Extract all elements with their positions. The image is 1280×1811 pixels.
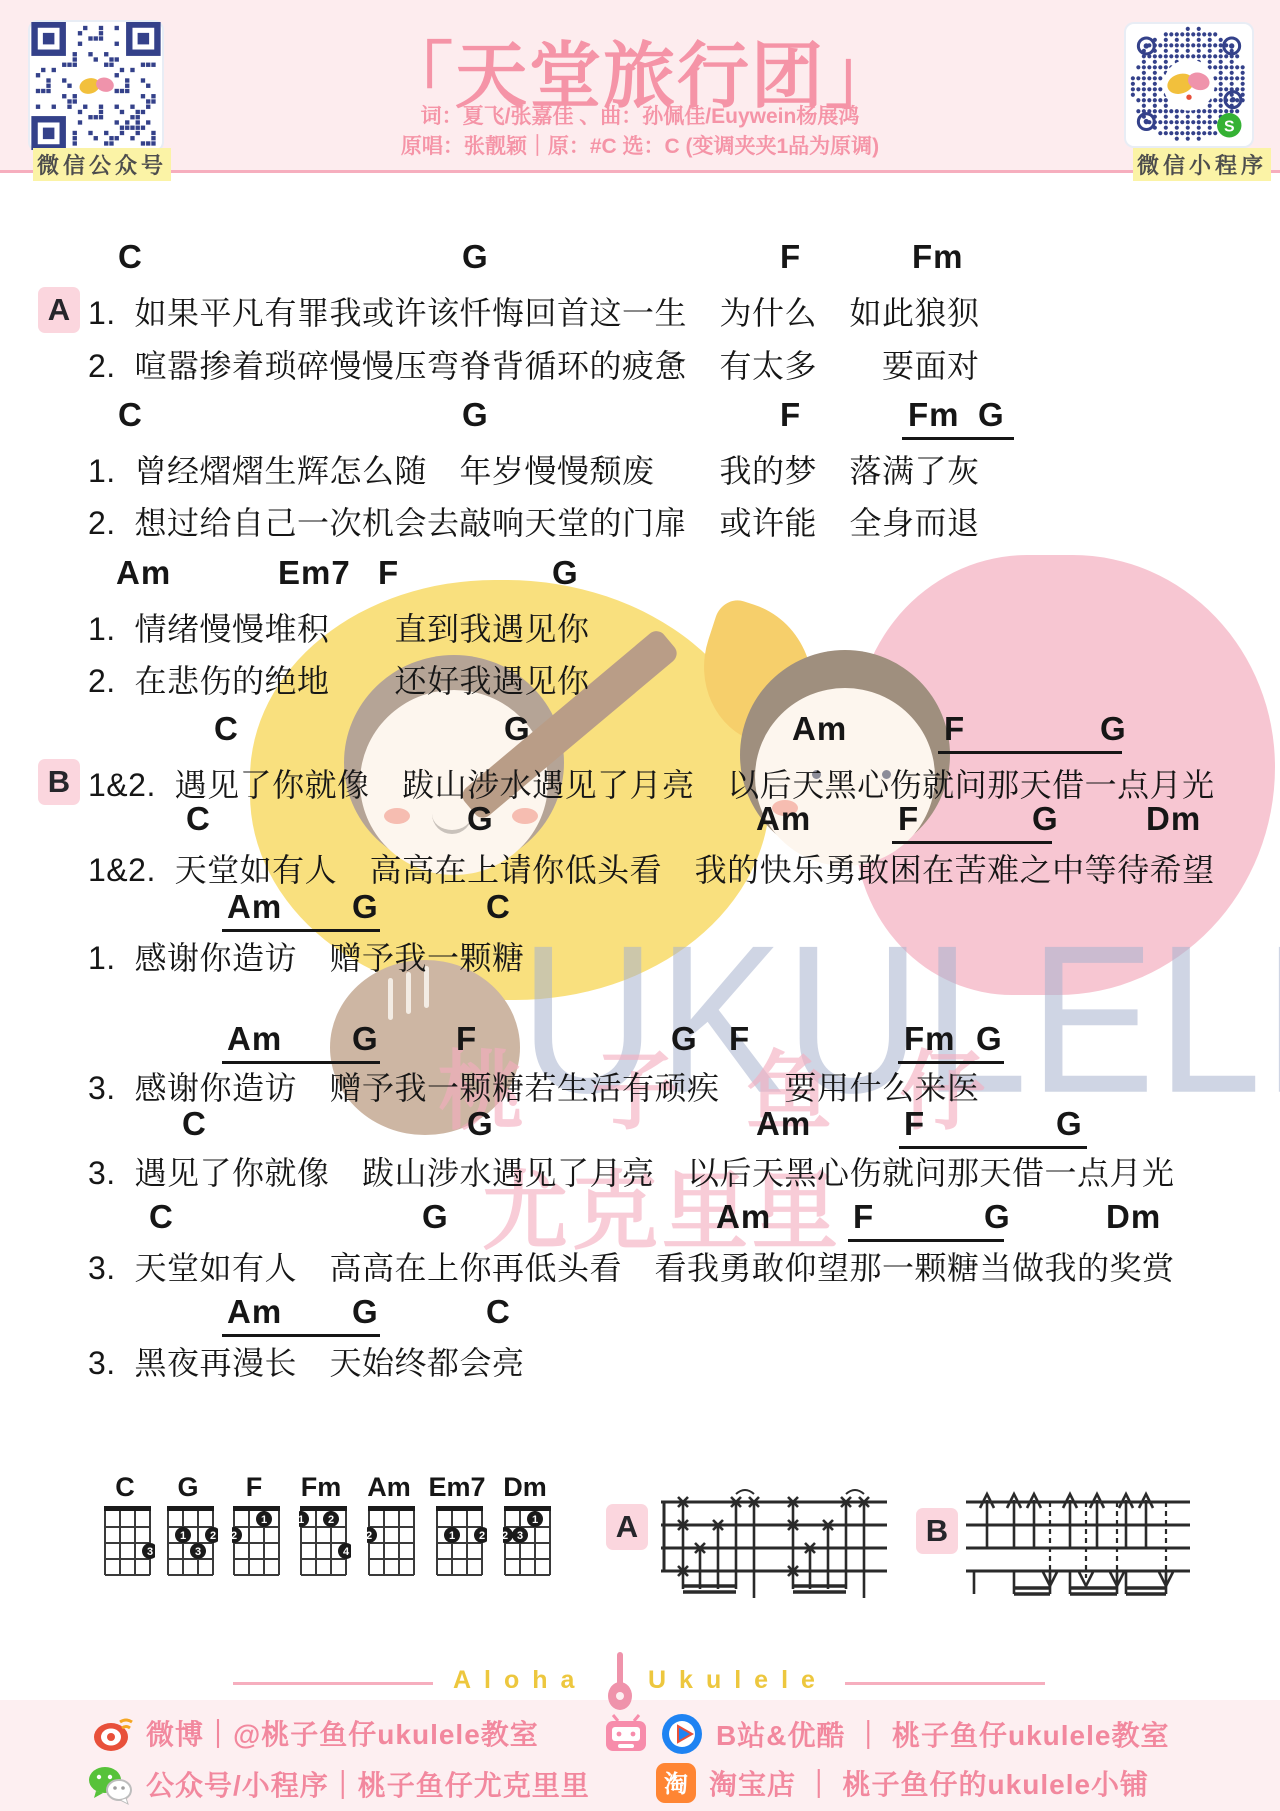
chord-diagram-name: Em7 xyxy=(427,1472,487,1503)
taobao-icon: 淘 xyxy=(655,1762,697,1804)
chord-diagram-grid: 123 xyxy=(503,1506,555,1582)
svg-text:1: 1 xyxy=(261,1514,267,1526)
weibo-text: 微博｜@桃子鱼仔ukulele教室 xyxy=(146,1713,539,1753)
chord-diagram-grid: 123 xyxy=(166,1506,218,1582)
footer-wechat-item: 公众号/小程序｜桃子鱼仔尤克里里 xyxy=(86,1762,590,1806)
chord-diagram-name: Dm xyxy=(495,1472,555,1503)
chord-diagram-name: Am xyxy=(359,1472,419,1503)
svg-text:2: 2 xyxy=(328,1514,334,1526)
svg-text:淘: 淘 xyxy=(664,1770,688,1798)
bilibili-youku-text: B站&优酷 ｜ 桃子鱼仔ukulele教室 xyxy=(716,1714,1169,1754)
wechat-icon xyxy=(86,1762,134,1806)
svg-text:3: 3 xyxy=(147,1546,153,1558)
svg-text:1: 1 xyxy=(299,1514,304,1526)
wechat-text: 公众号/小程序｜桃子鱼仔尤克里里 xyxy=(146,1764,590,1804)
chord-diagram-name: C xyxy=(95,1472,155,1503)
chord-diagram-name: Fm xyxy=(291,1472,351,1503)
aloha-divider: Aloha Ukulele xyxy=(0,1662,1280,1706)
footer-weibo-item: 微博｜@桃子鱼仔ukulele教室 xyxy=(92,1712,539,1754)
svg-text:2: 2 xyxy=(503,1530,508,1542)
svg-text:2: 2 xyxy=(210,1530,216,1542)
song-sheet-page: 「天堂旅行团」 词：夏飞/张嘉佳 、曲：孙佩佳/Euywein杨展鸿 原唱：张靓… xyxy=(0,0,1280,1811)
svg-text:2: 2 xyxy=(479,1530,485,1542)
svg-text:1: 1 xyxy=(449,1530,455,1542)
strum-pattern-a-notation xyxy=(655,1486,895,1614)
svg-text:3: 3 xyxy=(195,1546,201,1558)
svg-text:2: 2 xyxy=(232,1530,237,1542)
ukulele-text: Ukulele xyxy=(648,1666,828,1695)
chord-diagram-grid: 3 xyxy=(103,1506,155,1582)
bilibili-icon xyxy=(604,1713,648,1755)
taobao-text: 淘宝店 ｜ 桃子鱼仔的ukulele小铺 xyxy=(709,1763,1149,1803)
chord-diagram-grid: 12 xyxy=(435,1506,487,1582)
chord-diagram-grid: 12 xyxy=(232,1506,284,1582)
svg-text:2: 2 xyxy=(367,1530,372,1542)
weibo-icon xyxy=(92,1712,134,1754)
ukulele-icon xyxy=(606,1650,634,1712)
strum-pattern-a-badge: A xyxy=(606,1504,648,1550)
svg-text:1: 1 xyxy=(532,1514,538,1526)
chord-diagram-grid: 124 xyxy=(299,1506,351,1582)
youku-play-icon xyxy=(660,1712,704,1756)
footer-taobao-item: 淘 淘宝店 ｜ 桃子鱼仔的ukulele小铺 xyxy=(655,1762,1149,1804)
svg-text:4: 4 xyxy=(343,1546,350,1558)
divider-line-right xyxy=(845,1682,1045,1685)
chord-diagram-name: F xyxy=(224,1472,284,1503)
strum-pattern-b-badge: B xyxy=(916,1508,958,1554)
divider-line-left xyxy=(233,1682,433,1685)
svg-text:3: 3 xyxy=(517,1530,523,1542)
svg-text:1: 1 xyxy=(180,1530,186,1542)
strum-pattern-b-notation xyxy=(960,1486,1200,1614)
chord-diagram-name: G xyxy=(158,1472,218,1503)
chord-diagram-grid: 2 xyxy=(367,1506,419,1582)
aloha-text: Aloha xyxy=(453,1666,587,1695)
footer-bilibili-youku-item: B站&优酷 ｜ 桃子鱼仔ukulele教室 xyxy=(604,1712,1169,1756)
